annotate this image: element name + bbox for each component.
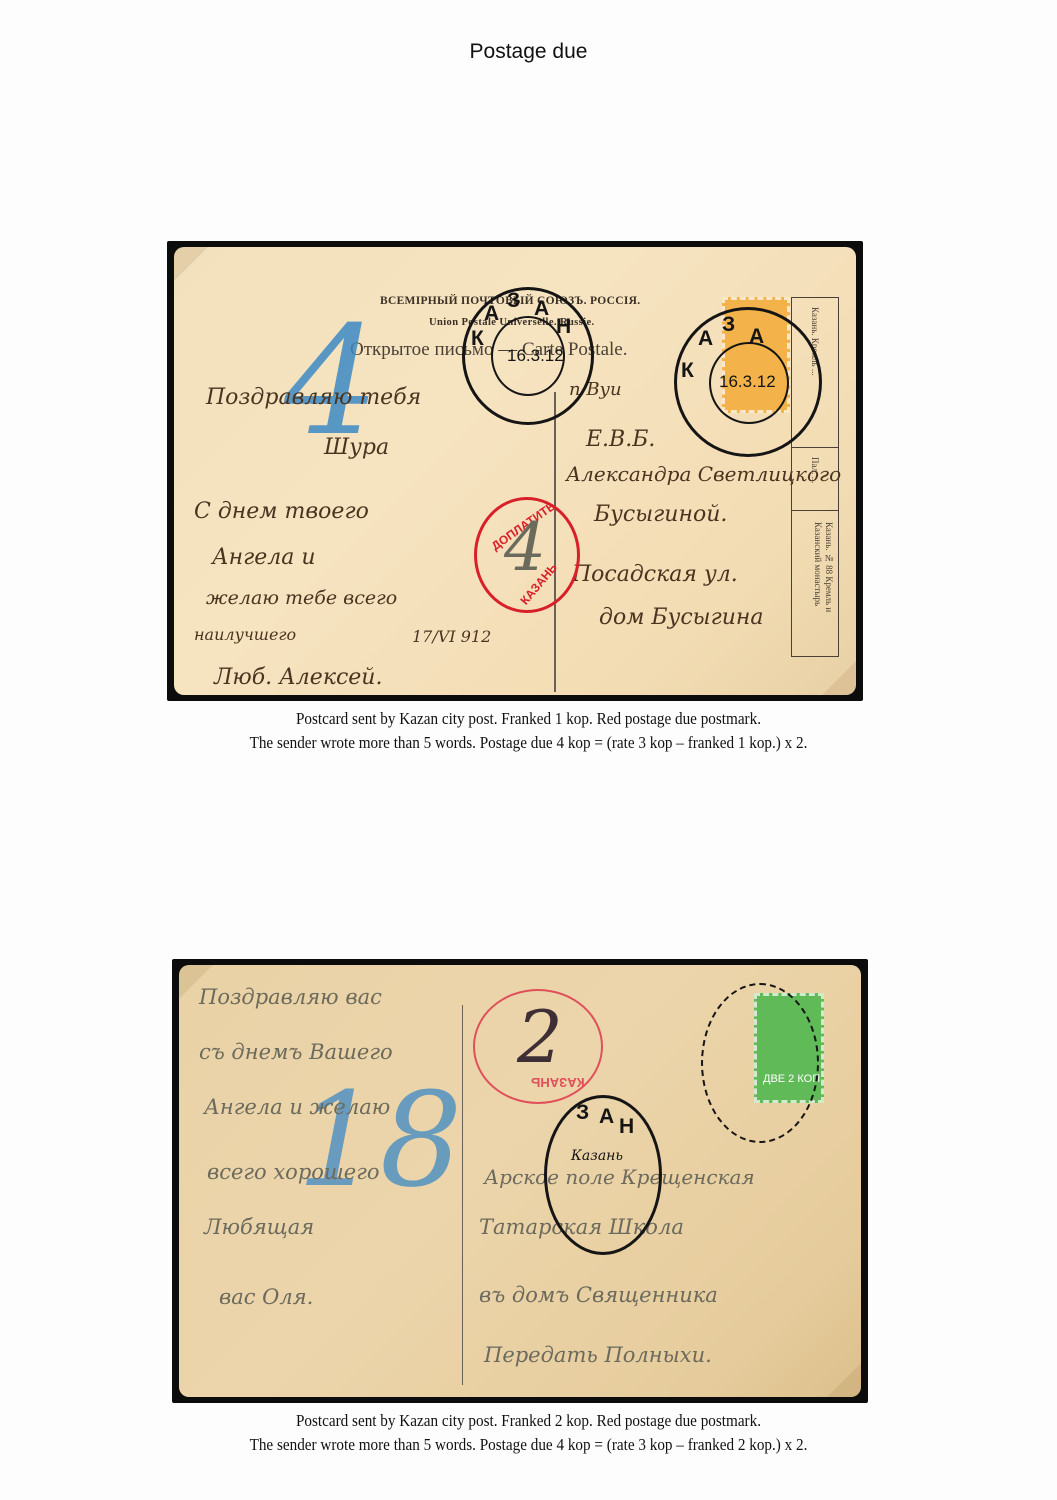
message-line: съ днемъ Вашего [199, 1040, 393, 1064]
handwritten-due-amount: 2 [517, 995, 563, 1079]
handwritten-due-amount: 4 [504, 509, 546, 586]
caption-2-line-2: The sender wrote more than 5 words. Post… [42, 1434, 1014, 1456]
postmark-date: 16.3.12 [719, 372, 776, 392]
caption-1-line-2: The sender wrote more than 5 words. Post… [42, 732, 1014, 754]
message-line: Любящая [204, 1215, 314, 1239]
message-line: наилучшего [194, 625, 296, 644]
page-title: Postage due [0, 40, 1057, 64]
address-line: Бусыгиной. [594, 502, 727, 527]
message-line: Люб. Алексей. [214, 665, 382, 690]
caption-2-line-1: Postcard sent by Kazan city post. Franke… [42, 1410, 1014, 1432]
address-line: дом Бусыгина [599, 605, 763, 630]
postcard-2: 18 Поздравляю вас съ днемъ Вашего Ангела… [179, 965, 861, 1397]
blue-pencil-mark: 18 [297, 1065, 462, 1215]
message-line: Ангела и [212, 545, 316, 570]
address-line: Передать Полныхи. [484, 1343, 712, 1367]
message-line: Поздравляю тебя [206, 385, 421, 410]
message-line: вас Оля. [219, 1285, 313, 1309]
postmark-date: 16.3.12 [507, 346, 564, 366]
caption-1-line-1: Postcard sent by Kazan city post. Franke… [42, 708, 1014, 730]
message-line: Шура [324, 435, 389, 460]
postmark-kazan-top [701, 983, 819, 1143]
message-line: Поздравляю вас [199, 985, 382, 1009]
postcard-1: ВСЕМІРНЫЙ ПОЧТОВЫЙ СОЮЗЪ. РОССІЯ. Union … [174, 247, 856, 695]
address-line: Посадская ул. [572, 562, 738, 587]
postcard-2-frame: 18 Поздравляю вас съ днемъ Вашего Ангела… [172, 959, 868, 1403]
address-line: Е.В.Б. [586, 427, 655, 452]
message-line: Ангела и желаю [204, 1095, 390, 1119]
message-line: желаю тебе всего [206, 587, 397, 609]
message-line: всего хорошего [207, 1160, 380, 1184]
side-panel-text: Пал. ... [809, 457, 820, 483]
address-line: въ домъ Священника [479, 1283, 718, 1307]
side-panel-text: Казань. № 88 Кремль и Казанский монастыр… [804, 522, 834, 652]
message-line: С днем твоего [194, 499, 369, 524]
date-note: 17/VI 912 [412, 627, 491, 646]
postcard-1-frame: ВСЕМІРНЫЙ ПОЧТОВЫЙ СОЮЗЪ. РОССІЯ. Union … [167, 241, 863, 701]
